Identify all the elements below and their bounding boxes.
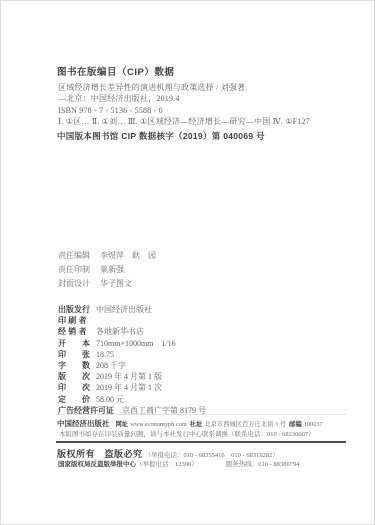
publisher-contact-line: 中国经济出版社网址www.economyph.com社址北京市西城区百万庄北街 … xyxy=(57,418,354,429)
pub-row-publisher: 出版发行中国经济出版社 xyxy=(58,304,206,315)
staff-value: 巢新强 xyxy=(100,265,124,274)
book-copyright-page: 图书在版编目（CIP）数据 区域经济增长差异性的演进机理与政策选择 / 刘强著.… xyxy=(0,0,375,525)
pub-value: 2019 年 4 月第 1 次 xyxy=(96,383,162,392)
postcode-value: 100037 xyxy=(304,421,323,428)
pub-value: 各地新华书店 xyxy=(96,327,144,336)
cip-publisher-line: —北京：中国经济出版社，2019.4 xyxy=(58,93,346,104)
cip-isbn-line: ISBN 978 - 7 - 5136 - 5588 - 0 xyxy=(58,105,346,116)
copyright-notice: 版权所有 盗版必究 xyxy=(57,449,143,459)
pub-row-printer: 印 刷 者 xyxy=(58,315,206,326)
staff-label: 责任编辑 xyxy=(58,249,100,263)
pub-row-format: 开 本710mm×1000mm 1/16 xyxy=(58,338,206,349)
staff-row-editor: 责任编辑李煜萍 耿 园 xyxy=(58,249,156,263)
website-value: www.economyph.com xyxy=(130,421,187,428)
pub-value: 710mm×1000mm 1/16 xyxy=(96,339,176,348)
pub-label: 版 次 xyxy=(58,371,96,382)
pub-row-edition: 版 次2019 年 4 月第 1 版 xyxy=(58,371,206,382)
staff-value: 华子图文 xyxy=(100,279,132,288)
cip-description: 区域经济增长差异性的演进机理与政策选择 / 刘强著. —北京：中国经济出版社，2… xyxy=(58,82,346,127)
pub-row-sheets: 印 张18.75 xyxy=(58,349,206,360)
agency-phone: （举报电话：12390） xyxy=(136,461,198,468)
staff-value: 李煜萍 耿 园 xyxy=(100,251,156,260)
pub-value: 208 千字 xyxy=(96,361,126,370)
staff-credits: 责任编辑李煜萍 耿 园 责任印制巢新强 封面设计华子图文 xyxy=(58,249,156,291)
pub-value: 中国经济出版社 xyxy=(96,305,152,314)
divider-thin xyxy=(56,414,346,415)
divider-thick xyxy=(56,441,346,443)
address-value: 北京市西城区百万庄北街 3 号 xyxy=(204,421,286,428)
pub-value: 2019 年 4 月第 1 版 xyxy=(96,372,162,381)
pub-label: 字 数 xyxy=(58,360,96,371)
quality-note: 本版图书如存在印装质量问题，请与本社发行中心联系调换（联系电话：010 - 68… xyxy=(59,429,354,438)
cip-heading: 图书在版编目（CIP）数据 xyxy=(57,64,174,78)
pub-label: 印 次 xyxy=(58,382,96,393)
pub-value: 58.00 元 xyxy=(96,395,124,404)
pub-value: 18.75 xyxy=(96,350,114,359)
publication-details: 出版发行中国经济出版社 印 刷 者 经 销 者各地新华书店 开 本710mm×1… xyxy=(58,304,206,416)
pub-label: 印 张 xyxy=(58,349,96,360)
pub-label: 出版发行 xyxy=(58,304,96,315)
cip-record-number: 中国版本图书馆 CIP 数据核字（2019）第 040069 号 xyxy=(57,130,265,142)
pub-label: 经 销 者 xyxy=(58,326,96,337)
cip-title-line: 区域经济增长差异性的演进机理与政策选择 / 刘强著. xyxy=(58,82,346,93)
pub-row-impression: 印 次2019 年 4 月第 1 次 xyxy=(58,382,206,393)
staff-row-cover-design: 封面设计华子图文 xyxy=(58,277,156,291)
service-hotline: 服务热线：010 - 88386794 xyxy=(226,461,300,468)
publisher-name: 中国经济出版社 xyxy=(57,419,110,428)
pub-row-word-count: 字 数208 千字 xyxy=(58,360,206,371)
copyright-report-phones: （举报电话：010 - 68355416 010 - 68319282） xyxy=(145,452,279,459)
pub-row-distributor: 经 销 者各地新华书店 xyxy=(58,326,206,337)
staff-row-print-supervisor: 责任印制巢新强 xyxy=(58,263,156,277)
address-label: 社址 xyxy=(190,421,203,428)
postcode-label: 邮编 xyxy=(289,421,302,428)
pub-label: 印 刷 者 xyxy=(58,315,96,326)
pub-label: 定 价 xyxy=(58,394,96,405)
pub-row-price: 定 价58.00 元 xyxy=(58,394,206,405)
anti-piracy-agency: 国家版权局反盗版举报中心 xyxy=(58,461,136,468)
website-label: 网址 xyxy=(116,421,129,428)
staff-label: 责任印制 xyxy=(58,263,100,277)
cip-classification-line: Ⅰ. ①区… Ⅱ. ①刘… Ⅲ. ①区域经济—经济增长—研究—中国 Ⅳ. ①F1… xyxy=(58,116,346,127)
anti-piracy-line: 国家版权局反盗版举报中心（举报电话：12390）服务热线：010 - 88386… xyxy=(58,459,299,468)
pub-label: 开 本 xyxy=(58,338,96,349)
staff-label: 封面设计 xyxy=(58,277,100,291)
